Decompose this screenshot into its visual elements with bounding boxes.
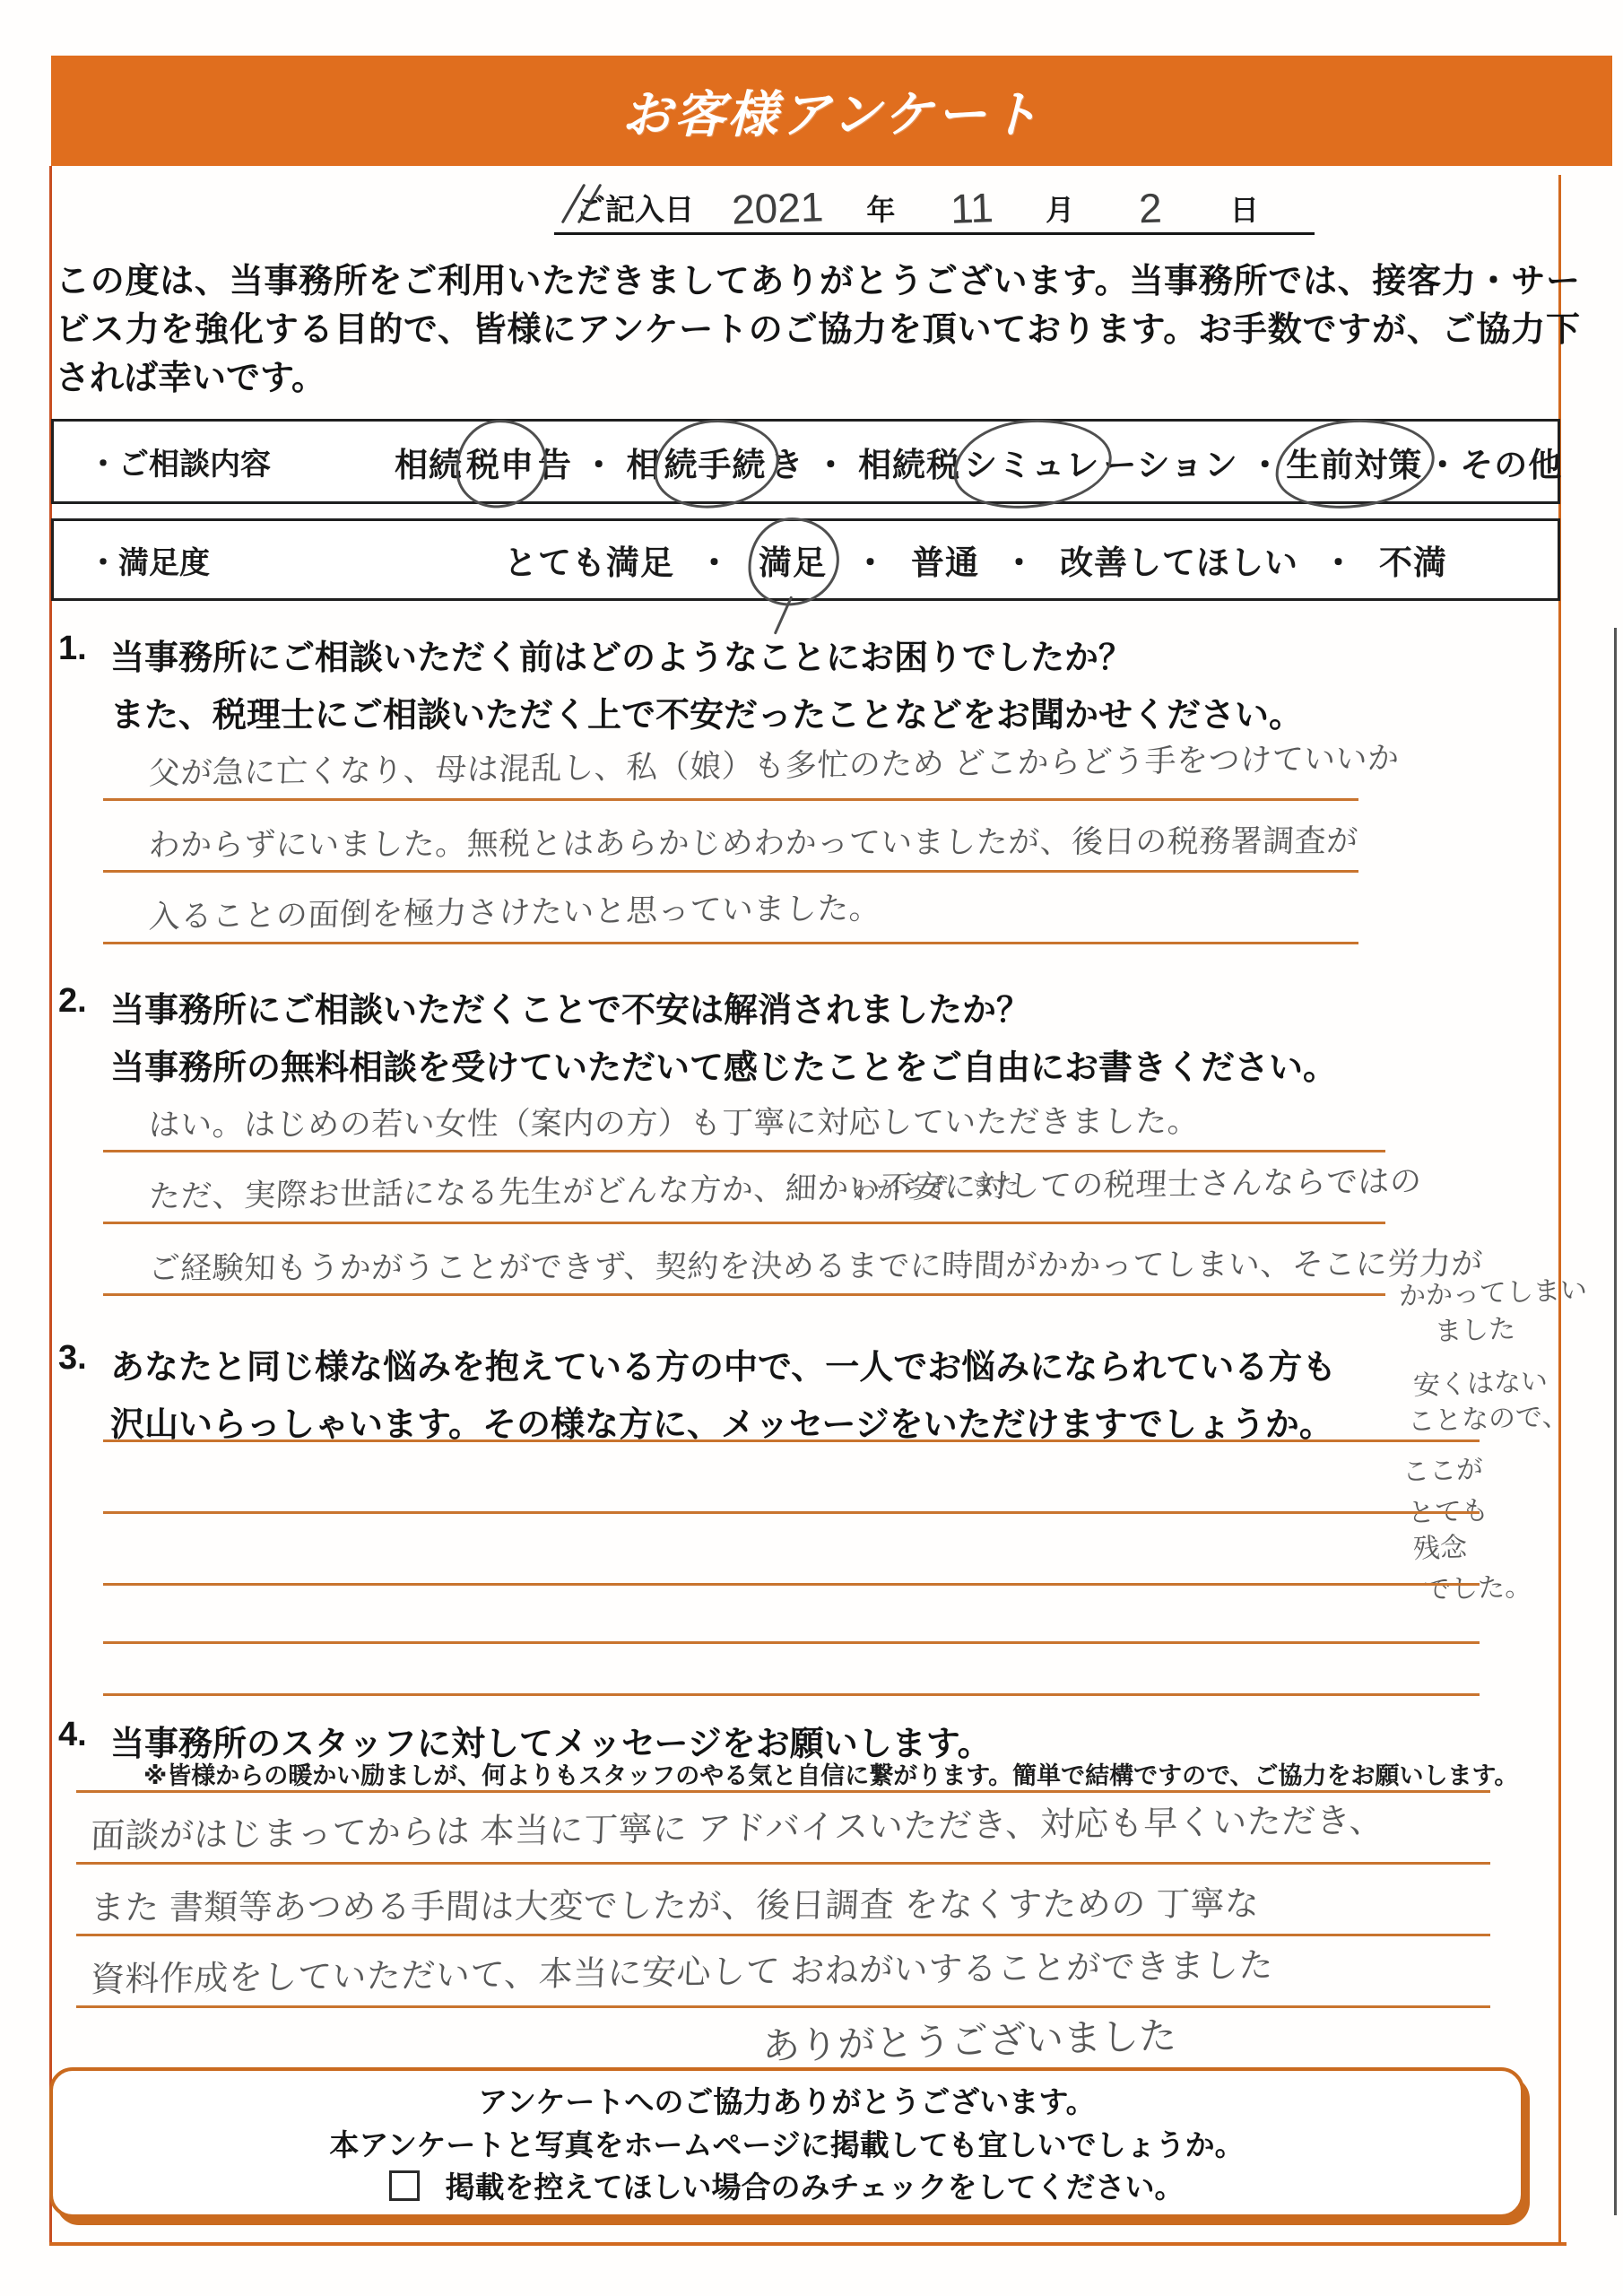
option-text: ・その他 (1426, 438, 1562, 486)
date-month-value: 11 (950, 187, 994, 230)
answer-line (103, 1586, 1480, 1644)
question-1-answer-lines: 父が急に亡くなり、母は混乱し、私（娘）も多忙のため どこからどう手をつけていいか… (103, 729, 1358, 944)
footer-thanks-text: アンケートへのご協力ありがとうございます。 (478, 2079, 1095, 2121)
answer-line: ただ、実際お世話になる先生がどんな方か、細かい不安に対しての税理士さんならではの (103, 1152, 1385, 1224)
question-4-number: 4. (58, 1716, 110, 1765)
option-circled: 税申 (463, 438, 538, 486)
handwritten-text: また 書類等あつめる手間は大変でしたが、後日調査 をなくすための 丁寧な (90, 1875, 1260, 1929)
option-text: 告 ・ 相 (538, 438, 661, 486)
satisfaction-options: とても満足・満足・普通・改善してほしい・不満 (504, 535, 1447, 584)
handwritten-text: ただ、実際お世話になる先生がどんな方か、細かい不安に対しての税理士さんならではの (148, 1157, 1423, 1217)
answer-line (103, 1514, 1480, 1586)
handwritten-margin-line: ました (1434, 1308, 1621, 1350)
option-circled: 続手続 (661, 438, 770, 486)
date-year-unit: 年 (866, 187, 895, 229)
option-text: 改善してほしい (1060, 535, 1298, 584)
answer-line: わからずにいました。無税とはあらかじめわかっていましたが、後日の税務署調査が (103, 801, 1358, 873)
option-text: 普通 (911, 535, 979, 584)
question-2-line1: 当事務所にご相談いただくことで不安は解消されましたか？ (110, 982, 1030, 1031)
answer-line (103, 1370, 1480, 1442)
option-circled: 満足 (755, 535, 830, 584)
consultation-type-box: ・ご相談内容 相続税申告 ・ 相続手続き ・ 相続税シミュレーション ・ 生前対… (51, 419, 1560, 504)
question-1-number: 1. (58, 630, 110, 679)
answer-line: 資料作成をしていただいて、本当に安心して おねがいすることができました (76, 1936, 1490, 2008)
date-month-unit: 月 (1046, 187, 1074, 229)
answer-line: ご経験知もうかがうことができず、契約を決めるまでに時間がかかってしまい、そこに労… (103, 1224, 1385, 1296)
header-bar: お客様アンケート (51, 56, 1612, 166)
handwritten-text: 父が急に亡くなり、母は混乱し、私（娘）も多忙のため どこからどう手をつけていいか (148, 734, 1401, 794)
answer-line (103, 1644, 1480, 1696)
footer-publication-question: 本アンケートと写真をホームページに掲載しても宜しいでしょうか。 (329, 2122, 1244, 2164)
option-text: き ・ 相続税 (770, 438, 961, 486)
handwritten-text: ご経験知もうかがうことができず、契約を決めるまでに時間がかかってしまい、そこに労… (148, 1239, 1484, 1289)
question-2-answer-lines: わからず、また はい。はじめの若い女性（案内の方）も丁寧に対応していただきました… (103, 1081, 1385, 1296)
option-separator: ・ (1002, 535, 1037, 584)
answer-line: 入ることの面倒を極力さけたいと思っていました。 (103, 873, 1358, 944)
answer-line: また 書類等あつめる手間は大変でしたが、後日調査 をなくすための 丁寧な (76, 1865, 1490, 1936)
handwritten-text: はい。はじめの若い女性（案内の方）も丁寧に対応していただきました。 (148, 1097, 1200, 1145)
answer-line: 面談がはじまってからは 本当に丁寧に アドバイスいただき、対応も早くいただき、 (76, 1793, 1490, 1865)
option-text: 不満 (1379, 535, 1447, 584)
footer-consent-box: アンケートへのご協力ありがとうございます。 本アンケートと写真をホームページに掲… (49, 2067, 1524, 2218)
publication-optout-checkbox[interactable] (389, 2170, 420, 2201)
date-label: ご記入日 (576, 187, 694, 229)
question-2: 2. 当事務所にご相談いただくことで不安は解消されましたか？ 当事務所の無料相談… (58, 982, 1337, 1089)
date-day-unit: 日 (1230, 187, 1259, 229)
satisfaction-label: ・満足度 (54, 538, 210, 582)
question-4-answer-lines: 面談がはじまってからは 本当に丁寧に アドバイスいただき、対応も早くいただき、ま… (76, 1790, 1490, 2008)
intro-paragraph: この度は、当事務所をご利用いただきましてありがとうございます。当事務所では、接客… (56, 258, 1580, 404)
date-row: ご記入日 2021 年 11 月 2 日 (554, 172, 1315, 235)
handwritten-closing-text: ありがとうございました (761, 2006, 1176, 2071)
question-2-number: 2. (58, 982, 110, 1031)
date-day-value: 2 (1138, 187, 1162, 230)
question-1-line1: 当事務所にご相談いただく前はどのようなことにお困りでしたか？ (110, 630, 1133, 679)
option-circled: 生前対策 (1282, 438, 1426, 486)
handwritten-text: わからずにいました。無税とはあらかじめわかっていましたが、後日の税務署調査が (148, 816, 1359, 865)
date-year-value: 2021 (731, 186, 824, 230)
option-text: とても満足 (504, 535, 674, 584)
consultation-options: 相続税申告 ・ 相続手続き ・ 相続税シミュレーション ・ 生前対策・その他 (395, 438, 1562, 486)
scanned-survey-page: お客様アンケート ご記入日 2021 年 11 月 2 日 この度は、当事務所を… (0, 0, 1623, 2296)
answer-line: 父が急に亡くなり、母は混乱し、私（娘）も多忙のため どこからどう手をつけていいか (103, 729, 1358, 801)
option-circled: シミュレ (960, 438, 1103, 486)
question-3-answer-lines (103, 1370, 1480, 1696)
answer-line: はい。はじめの若い女性（案内の方）も丁寧に対応していただきました。 (103, 1081, 1385, 1152)
question-1: 1. 当事務所にご相談いただく前はどのようなことにお困りでしたか？ また、税理士… (58, 630, 1303, 736)
question-4-note: ※皆様からの暖かい励ましが、何よりもスタッフのやる気と自信に繋がります。簡単で結… (143, 1756, 1518, 1791)
handwritten-text: 面談がはじまってからは 本当に丁寧に アドバイスいただき、対応も早くいただき、 (90, 1792, 1385, 1857)
satisfaction-box: ・満足度 とても満足・満足・普通・改善してほしい・不満 (51, 518, 1560, 601)
answer-line (103, 1442, 1480, 1514)
handwritten-text: 入ることの面倒を極力さけたいと思っていました。 (148, 883, 881, 937)
handwritten-text: 資料作成をしていただいて、本当に安心して おねがいすることができました (90, 1937, 1274, 2001)
page-frame-bottom-line (49, 2242, 1567, 2246)
option-text: ーション ・ (1103, 438, 1282, 486)
publication-optout-label: 掲載を控えてほしい場合のみチェックをしてください。 (445, 2164, 1184, 2206)
page-title: お客様アンケート (621, 75, 1042, 147)
option-separator: ・ (1322, 535, 1356, 584)
consultation-label: ・ご相談内容 (54, 439, 271, 483)
option-separator: ・ (854, 535, 888, 584)
option-text: 相続 (395, 438, 463, 486)
option-separator: ・ (698, 535, 732, 584)
